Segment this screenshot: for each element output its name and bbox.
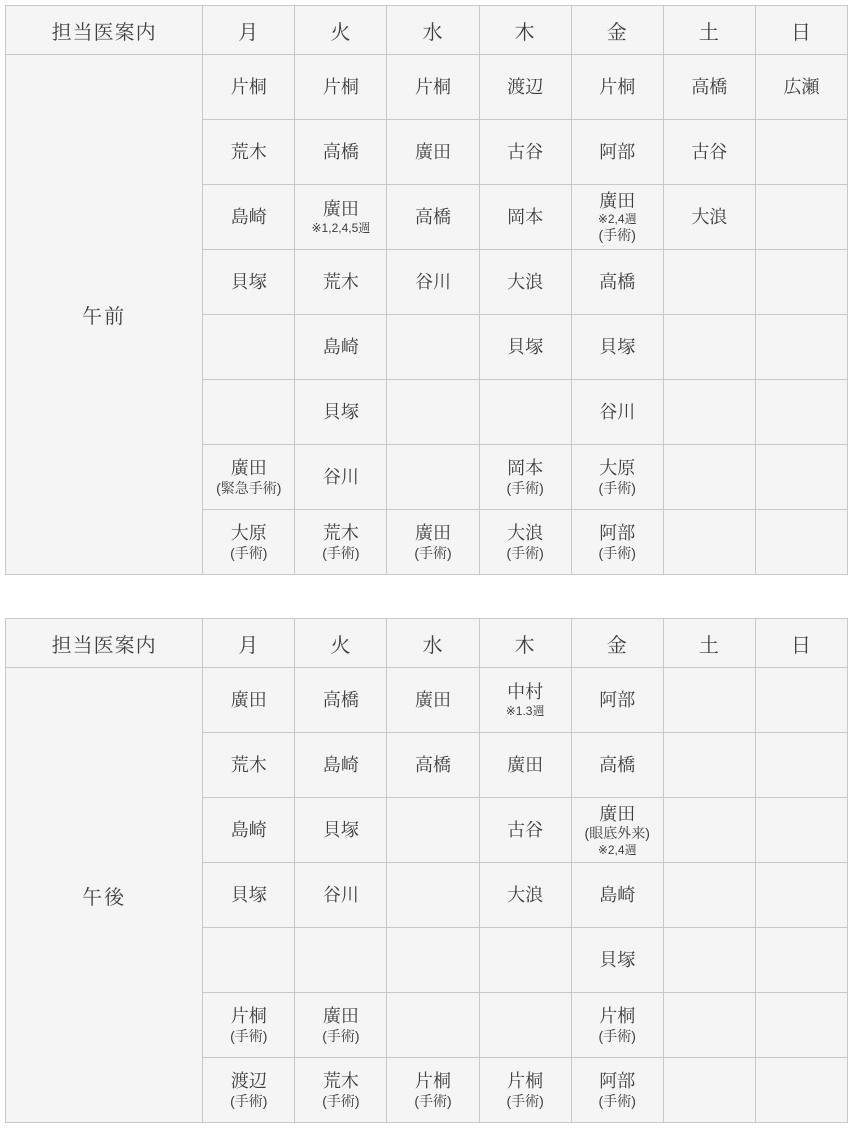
schedule-cell-mon: 片桐 <box>203 55 295 120</box>
doctor-name: 高橋 <box>574 271 661 294</box>
doctor-name: 渡辺 <box>205 1070 292 1093</box>
schedule-cell-thu: 岡本(手術) <box>479 445 571 510</box>
schedule-cell-wed <box>387 863 479 928</box>
doctor-name: 高橋 <box>389 206 476 229</box>
schedule-note: ※1,2,4,5週 <box>297 221 384 236</box>
doctor-name: 渡辺 <box>482 76 569 99</box>
schedule-cell-tue: 荒木(手術) <box>295 510 387 575</box>
schedule-note: (手術) <box>482 545 569 563</box>
schedule-cell-thu: 中村※1.3週 <box>479 668 571 733</box>
schedule-cell-tue: 貝塚 <box>295 380 387 445</box>
schedule-cell-mon <box>203 380 295 445</box>
schedule-cell-mon: 島崎 <box>203 798 295 863</box>
schedule-cell-mon: 廣田(緊急手術) <box>203 445 295 510</box>
day-header-thu: 木 <box>479 6 571 55</box>
schedule-note: ※2,4週 <box>574 843 661 858</box>
schedule-cell-fri: 廣田※2,4週(手術) <box>571 185 663 250</box>
doctor-name: 阿部 <box>574 689 661 712</box>
doctor-name: 荒木 <box>205 754 292 777</box>
schedule-cell-thu: 廣田 <box>479 733 571 798</box>
table-corner-label: 担当医案内 <box>6 619 203 668</box>
schedule-cell-wed: 谷川 <box>387 250 479 315</box>
day-header-wed: 水 <box>387 619 479 668</box>
schedule-tables: 担当医案内月火水木金土日午前片桐片桐片桐渡辺片桐高橋広瀬荒木高橋廣田古谷阿部古谷… <box>5 5 849 1123</box>
schedule-cell-thu: 岡本 <box>479 185 571 250</box>
schedule-note: (手術) <box>574 1093 661 1111</box>
schedule-cell-fri: 貝塚 <box>571 928 663 993</box>
schedule-cell-wed <box>387 993 479 1058</box>
doctor-name: 廣田 <box>574 803 661 826</box>
schedule-cell-sat: 大浪 <box>663 185 755 250</box>
doctor-name: 貝塚 <box>297 401 384 424</box>
day-header-thu: 木 <box>479 619 571 668</box>
doctor-name: 阿部 <box>574 522 661 545</box>
schedule-cell-sun: 広瀬 <box>755 55 847 120</box>
schedule-note: (手術) <box>482 480 569 498</box>
doctor-name: 高橋 <box>297 141 384 164</box>
schedule-cell-fri: 大原(手術) <box>571 445 663 510</box>
doctor-name: 高橋 <box>666 76 753 99</box>
doctor-name: 貝塚 <box>574 336 661 359</box>
day-header-sat: 土 <box>663 619 755 668</box>
schedule-note: ※2,4週 <box>574 212 661 227</box>
schedule-note: (手術) <box>297 545 384 563</box>
schedule-cell-mon: 渡辺(手術) <box>203 1058 295 1123</box>
schedule-note: (手術) <box>205 1028 292 1046</box>
schedule-cell-sun <box>755 120 847 185</box>
doctor-name: 岡本 <box>482 206 569 229</box>
schedule-cell-mon: 島崎 <box>203 185 295 250</box>
schedule-cell-wed <box>387 315 479 380</box>
schedule-cell-thu: 古谷 <box>479 798 571 863</box>
doctor-name: 島崎 <box>574 884 661 907</box>
schedule-cell-mon: 片桐(手術) <box>203 993 295 1058</box>
schedule-note: (手術) <box>389 1093 476 1111</box>
doctor-name: 中村 <box>482 681 569 704</box>
schedule-cell-wed: 高橋 <box>387 733 479 798</box>
day-header-wed: 水 <box>387 6 479 55</box>
schedule-cell-sun <box>755 798 847 863</box>
doctor-name: 島崎 <box>205 819 292 842</box>
doctor-name: 片桐 <box>389 76 476 99</box>
schedule-cell-mon <box>203 315 295 380</box>
header-row: 担当医案内月火水木金土日 <box>6 6 848 55</box>
schedule-note: (手術) <box>205 545 292 563</box>
day-header-sun: 日 <box>755 6 847 55</box>
doctor-name: 古谷 <box>482 141 569 164</box>
schedule-cell-tue: 谷川 <box>295 863 387 928</box>
day-header-mon: 月 <box>203 6 295 55</box>
schedule-cell-sun <box>755 185 847 250</box>
doctor-name: 大原 <box>574 457 661 480</box>
doctor-name: 大浪 <box>482 522 569 545</box>
schedule-cell-fri: 阿部 <box>571 668 663 733</box>
schedule-cell-thu: 渡辺 <box>479 55 571 120</box>
schedule-cell-thu: 貝塚 <box>479 315 571 380</box>
doctor-name: 荒木 <box>297 1070 384 1093</box>
schedule-cell-fri: 片桐 <box>571 55 663 120</box>
doctor-name: 片桐 <box>205 1005 292 1028</box>
schedule-cell-mon <box>203 928 295 993</box>
page: 担当医案内月火水木金土日午前片桐片桐片桐渡辺片桐高橋広瀬荒木高橋廣田古谷阿部古谷… <box>0 0 852 1131</box>
period-label-am: 午前 <box>6 55 203 575</box>
doctor-name: 廣田 <box>297 198 384 221</box>
day-header-mon: 月 <box>203 619 295 668</box>
schedule-cell-sun <box>755 250 847 315</box>
schedule-cell-fri: 阿部(手術) <box>571 510 663 575</box>
schedule-cell-sat <box>663 380 755 445</box>
schedule-cell-thu: 大浪 <box>479 863 571 928</box>
doctor-name: 大浪 <box>482 271 569 294</box>
schedule-cell-thu: 大浪(手術) <box>479 510 571 575</box>
schedule-cell-sun <box>755 510 847 575</box>
schedule-cell-thu: 片桐(手術) <box>479 1058 571 1123</box>
schedule-cell-sun <box>755 993 847 1058</box>
doctor-name: 谷川 <box>389 271 476 294</box>
doctor-name: 谷川 <box>297 466 384 489</box>
doctor-name: 谷川 <box>574 401 661 424</box>
schedule-cell-tue: 高橋 <box>295 668 387 733</box>
doctor-name: 貝塚 <box>574 949 661 972</box>
schedule-note: (手術) <box>389 545 476 563</box>
schedule-cell-wed <box>387 798 479 863</box>
doctor-name: 荒木 <box>297 271 384 294</box>
schedule-note: (手術) <box>297 1028 384 1046</box>
doctor-name: 島崎 <box>297 336 384 359</box>
doctor-name: 島崎 <box>205 206 292 229</box>
schedule-cell-wed: 高橋 <box>387 185 479 250</box>
schedule-cell-sun <box>755 445 847 510</box>
doctor-name: 廣田 <box>389 141 476 164</box>
doctor-name: 古谷 <box>666 141 753 164</box>
schedule-note: (手術) <box>482 1093 569 1111</box>
day-header-sun: 日 <box>755 619 847 668</box>
doctor-name: 廣田 <box>574 190 661 213</box>
doctor-name: 廣田 <box>205 689 292 712</box>
schedule-cell-mon: 貝塚 <box>203 863 295 928</box>
doctor-name: 岡本 <box>482 457 569 480</box>
schedule-cell-tue: 島崎 <box>295 315 387 380</box>
schedule-cell-fri: 高橋 <box>571 733 663 798</box>
schedule-cell-mon: 大原(手術) <box>203 510 295 575</box>
schedule-cell-sat <box>663 510 755 575</box>
morning-schedule-table: 担当医案内月火水木金土日午前片桐片桐片桐渡辺片桐高橋広瀬荒木高橋廣田古谷阿部古谷… <box>5 5 848 575</box>
doctor-name: 高橋 <box>297 689 384 712</box>
schedule-cell-fri: 阿部 <box>571 120 663 185</box>
schedule-cell-sun <box>755 863 847 928</box>
schedule-cell-wed: 片桐 <box>387 55 479 120</box>
schedule-note: (眼底外来) <box>574 825 661 843</box>
schedule-cell-tue: 谷川 <box>295 445 387 510</box>
doctor-name: 貝塚 <box>205 271 292 294</box>
doctor-name: 阿部 <box>574 1070 661 1093</box>
schedule-cell-thu <box>479 380 571 445</box>
afternoon-schedule-table: 担当医案内月火水木金土日午後廣田高橋廣田中村※1.3週阿部荒木島崎高橋廣田高橋島… <box>5 618 848 1123</box>
doctor-name: 廣田 <box>205 457 292 480</box>
doctor-name: 廣田 <box>389 689 476 712</box>
doctor-name: 阿部 <box>574 141 661 164</box>
doctor-name: 貝塚 <box>297 819 384 842</box>
doctor-name: 片桐 <box>389 1070 476 1093</box>
day-header-tue: 火 <box>295 6 387 55</box>
schedule-cell-sat: 高橋 <box>663 55 755 120</box>
schedule-note: (手術) <box>574 545 661 563</box>
schedule-cell-sun <box>755 733 847 798</box>
doctor-name: 廣田 <box>482 754 569 777</box>
schedule-cell-sat: 古谷 <box>663 120 755 185</box>
header-row: 担当医案内月火水木金土日 <box>6 619 848 668</box>
schedule-cell-sat <box>663 798 755 863</box>
doctor-name: 荒木 <box>297 522 384 545</box>
schedule-cell-mon: 貝塚 <box>203 250 295 315</box>
schedule-cell-sun <box>755 668 847 733</box>
day-header-fri: 金 <box>571 619 663 668</box>
schedule-note: (緊急手術) <box>205 480 292 498</box>
doctor-name: 広瀬 <box>758 76 845 99</box>
schedule-cell-tue: 貝塚 <box>295 798 387 863</box>
doctor-name: 片桐 <box>205 76 292 99</box>
doctor-name: 大原 <box>205 522 292 545</box>
doctor-name: 片桐 <box>297 76 384 99</box>
schedule-cell-tue: 高橋 <box>295 120 387 185</box>
schedule-cell-tue: 荒木(手術) <box>295 1058 387 1123</box>
schedule-cell-sat <box>663 1058 755 1123</box>
schedule-cell-fri: 谷川 <box>571 380 663 445</box>
schedule-cell-wed: 廣田(手術) <box>387 510 479 575</box>
doctor-name: 廣田 <box>389 522 476 545</box>
schedule-cell-wed <box>387 928 479 993</box>
schedule-cell-sat <box>663 445 755 510</box>
day-header-sat: 土 <box>663 6 755 55</box>
schedule-cell-sun <box>755 315 847 380</box>
schedule-cell-tue: 廣田※1,2,4,5週 <box>295 185 387 250</box>
day-header-fri: 金 <box>571 6 663 55</box>
schedule-cell-sat <box>663 928 755 993</box>
schedule-cell-sat <box>663 993 755 1058</box>
schedule-cell-tue: 島崎 <box>295 733 387 798</box>
schedule-cell-wed: 廣田 <box>387 120 479 185</box>
doctor-name: 大浪 <box>482 884 569 907</box>
doctor-name: 片桐 <box>574 1005 661 1028</box>
schedule-cell-fri: 阿部(手術) <box>571 1058 663 1123</box>
schedule-row: 午前片桐片桐片桐渡辺片桐高橋広瀬 <box>6 55 848 120</box>
schedule-note: (手術) <box>297 1093 384 1111</box>
schedule-cell-sat <box>663 668 755 733</box>
doctor-name: 谷川 <box>297 884 384 907</box>
schedule-cell-tue: 荒木 <box>295 250 387 315</box>
schedule-cell-fri: 高橋 <box>571 250 663 315</box>
schedule-cell-sat <box>663 863 755 928</box>
period-label-pm: 午後 <box>6 668 203 1123</box>
schedule-note: (手術) <box>574 480 661 498</box>
day-header-tue: 火 <box>295 619 387 668</box>
doctor-name: 高橋 <box>389 754 476 777</box>
schedule-cell-tue: 片桐 <box>295 55 387 120</box>
doctor-name: 貝塚 <box>205 884 292 907</box>
schedule-row: 午後廣田高橋廣田中村※1.3週阿部 <box>6 668 848 733</box>
doctor-name: 古谷 <box>482 819 569 842</box>
schedule-note: ※1.3週 <box>482 704 569 719</box>
doctor-name: 貝塚 <box>482 336 569 359</box>
schedule-cell-fri: 片桐(手術) <box>571 993 663 1058</box>
doctor-name: 島崎 <box>297 754 384 777</box>
schedule-cell-sun <box>755 1058 847 1123</box>
schedule-cell-sun <box>755 928 847 993</box>
doctor-name: 廣田 <box>297 1005 384 1028</box>
schedule-cell-thu <box>479 993 571 1058</box>
schedule-cell-sat <box>663 315 755 380</box>
table-corner-label: 担当医案内 <box>6 6 203 55</box>
doctor-name: 片桐 <box>574 76 661 99</box>
doctor-name: 片桐 <box>482 1070 569 1093</box>
schedule-cell-mon: 荒木 <box>203 120 295 185</box>
doctor-name: 高橋 <box>574 754 661 777</box>
schedule-cell-sun <box>755 380 847 445</box>
doctor-name: 荒木 <box>205 141 292 164</box>
schedule-cell-mon: 廣田 <box>203 668 295 733</box>
schedule-cell-sat <box>663 733 755 798</box>
schedule-cell-wed <box>387 445 479 510</box>
schedule-cell-wed: 片桐(手術) <box>387 1058 479 1123</box>
schedule-note: (手術) <box>574 1028 661 1046</box>
schedule-cell-tue <box>295 928 387 993</box>
schedule-note: (手術) <box>574 227 661 245</box>
schedule-cell-thu: 大浪 <box>479 250 571 315</box>
doctor-name: 大浪 <box>666 206 753 229</box>
schedule-note: (手術) <box>205 1093 292 1111</box>
schedule-cell-wed: 廣田 <box>387 668 479 733</box>
schedule-cell-tue: 廣田(手術) <box>295 993 387 1058</box>
schedule-cell-mon: 荒木 <box>203 733 295 798</box>
schedule-cell-thu <box>479 928 571 993</box>
schedule-cell-fri: 島崎 <box>571 863 663 928</box>
schedule-cell-thu: 古谷 <box>479 120 571 185</box>
schedule-cell-wed <box>387 380 479 445</box>
schedule-cell-fri: 貝塚 <box>571 315 663 380</box>
schedule-cell-fri: 廣田(眼底外来)※2,4週 <box>571 798 663 863</box>
schedule-cell-sat <box>663 250 755 315</box>
